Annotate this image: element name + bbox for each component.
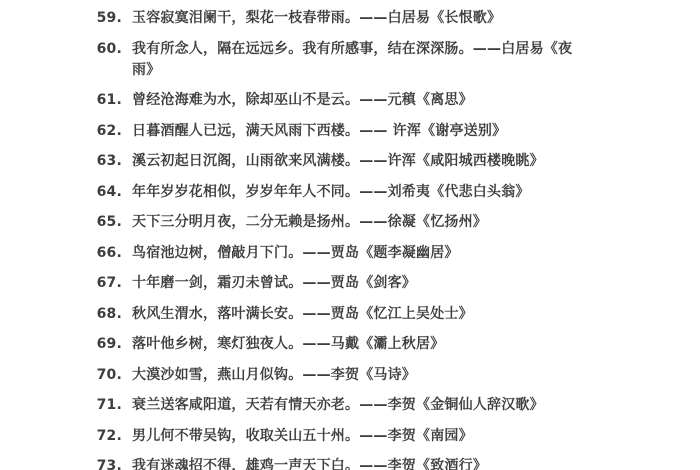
item-text: 十年磨一剑，霜刃未曾试。——贾岛《剑客》	[132, 273, 584, 294]
list-item: 59. 玉容寂寞泪阑干，梨花一枝春带雨。——白居易《长恨歌》	[95, 8, 630, 29]
item-text: 衰兰送客咸阳道，天若有情天亦老。——李贺《金铜仙人辞汉歌》	[132, 395, 584, 416]
list-item: 68. 秋风生渭水，落叶满长安。——贾岛《忆江上吴处士》	[95, 304, 630, 325]
list-item: 66. 鸟宿池边树，僧敲月下门。——贾岛《题李凝幽居》	[95, 243, 630, 264]
item-text: 曾经沧海难为水，除却巫山不是云。——元稹《离思》	[132, 90, 584, 111]
item-text: 溪云初起日沉阁，山雨欲来风满楼。——许浑《咸阳城西楼晚眺》	[132, 151, 584, 172]
item-number: 65.	[95, 212, 122, 233]
list-item: 62. 日暮酒醒人已远，满天风雨下西楼。—— 许浑《谢亭送别》	[95, 121, 630, 142]
item-number: 69.	[95, 334, 122, 355]
list-item: 71. 衰兰送客咸阳道，天若有情天亦老。——李贺《金铜仙人辞汉歌》	[95, 395, 630, 416]
item-text: 玉容寂寞泪阑干，梨花一枝春带雨。——白居易《长恨歌》	[132, 8, 584, 29]
item-text: 我有所念人，隔在远远乡。我有所感事，结在深深肠。——白居易《夜雨》	[132, 39, 584, 81]
item-number: 59.	[95, 8, 122, 29]
poetry-quotes-page: 59. 玉容寂寞泪阑干，梨花一枝春带雨。——白居易《长恨歌》 60. 我有所念人…	[0, 0, 700, 470]
item-text: 鸟宿池边树，僧敲月下门。——贾岛《题李凝幽居》	[132, 243, 584, 264]
quote-list: 59. 玉容寂寞泪阑干，梨花一枝春带雨。——白居易《长恨歌》 60. 我有所念人…	[0, 0, 700, 470]
item-number: 73.	[95, 456, 122, 470]
list-item: 67. 十年磨一剑，霜刃未曾试。——贾岛《剑客》	[95, 273, 630, 294]
list-item: 63. 溪云初起日沉阁，山雨欲来风满楼。——许浑《咸阳城西楼晚眺》	[95, 151, 630, 172]
list-item: 64. 年年岁岁花相似，岁岁年年人不同。——刘希夷《代悲白头翁》	[95, 182, 630, 203]
item-number: 70.	[95, 365, 122, 386]
list-item: 65. 天下三分明月夜，二分无赖是扬州。——徐凝《忆扬州》	[95, 212, 630, 233]
item-number: 68.	[95, 304, 122, 325]
item-number: 63.	[95, 151, 122, 172]
item-text: 年年岁岁花相似，岁岁年年人不同。——刘希夷《代悲白头翁》	[132, 182, 584, 203]
item-text: 男儿何不带吴钩，收取关山五十州。——李贺《南园》	[132, 426, 584, 447]
list-item: 69. 落叶他乡树，寒灯独夜人。——马戴《灞上秋居》	[95, 334, 630, 355]
item-text: 我有迷魂招不得，雄鸡一声天下白。——李贺《致酒行》	[132, 456, 584, 470]
item-text: 秋风生渭水，落叶满长安。——贾岛《忆江上吴处士》	[132, 304, 584, 325]
item-number: 62.	[95, 121, 122, 142]
list-item: 60. 我有所念人，隔在远远乡。我有所感事，结在深深肠。——白居易《夜雨》	[95, 39, 630, 81]
item-text: 大漠沙如雪，燕山月似钩。——李贺《马诗》	[132, 365, 584, 386]
item-number: 72.	[95, 426, 122, 447]
item-text: 天下三分明月夜，二分无赖是扬州。——徐凝《忆扬州》	[132, 212, 584, 233]
item-text: 日暮酒醒人已远，满天风雨下西楼。—— 许浑《谢亭送别》	[132, 121, 584, 142]
list-item: 61. 曾经沧海难为水，除却巫山不是云。——元稹《离思》	[95, 90, 630, 111]
list-item: 72. 男儿何不带吴钩，收取关山五十州。——李贺《南园》	[95, 426, 630, 447]
item-text: 落叶他乡树，寒灯独夜人。——马戴《灞上秋居》	[132, 334, 584, 355]
list-item: 70. 大漠沙如雪，燕山月似钩。——李贺《马诗》	[95, 365, 630, 386]
item-number: 71.	[95, 395, 122, 416]
item-number: 64.	[95, 182, 122, 203]
item-number: 60.	[95, 39, 122, 60]
item-number: 66.	[95, 243, 122, 264]
list-item: 73. 我有迷魂招不得，雄鸡一声天下白。——李贺《致酒行》	[95, 456, 630, 470]
item-number: 67.	[95, 273, 122, 294]
item-number: 61.	[95, 90, 122, 111]
